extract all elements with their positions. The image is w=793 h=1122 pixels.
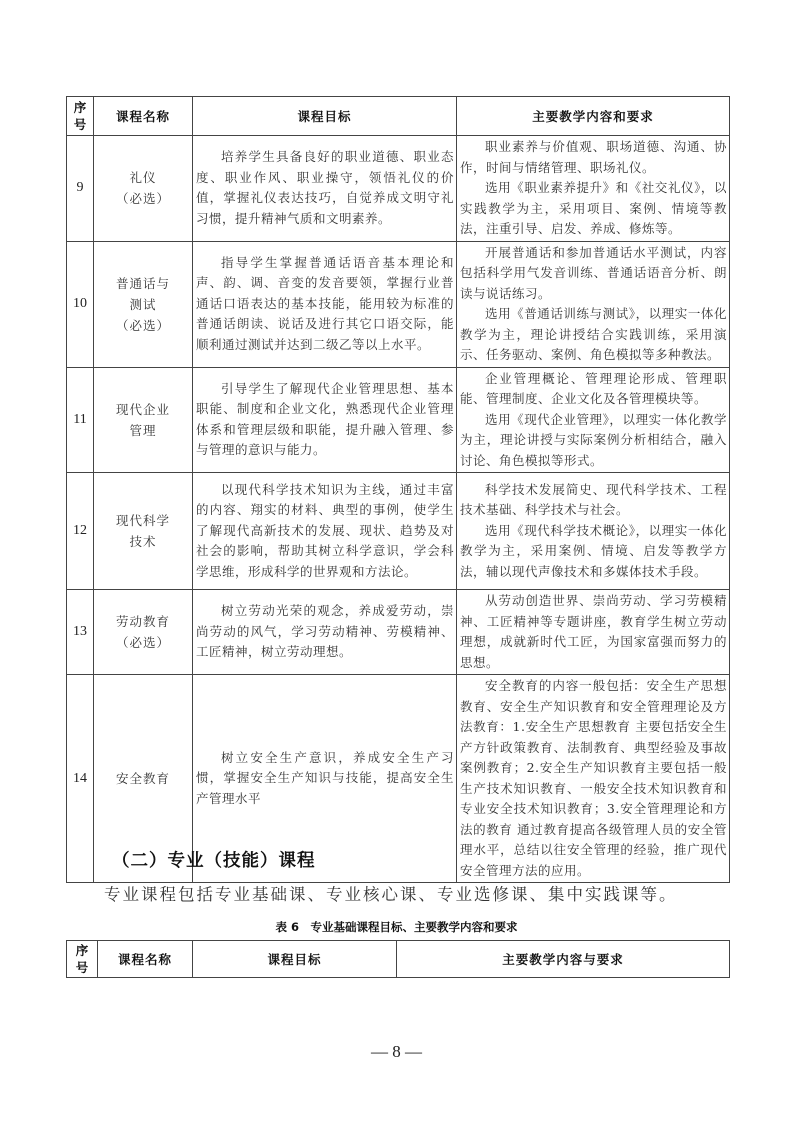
course-name-line: 技术 [94,531,192,552]
goal-paragraph: 以现代科学技术知识为主线，通过丰富的内容、翔实的材料、典型的事例，使学生了解现代… [196,480,454,583]
table-header-row: 序号 课程名称 课程目标 主要教学内容和要求 [67,97,730,136]
course-name: 普通话与测试（必选） [94,241,193,367]
goal-paragraph: 树立劳动光荣的观念，养成爱劳动，崇尚劳动的风气，学习劳动精神、劳模精神、工匠精神… [196,601,454,663]
section-paragraph: 专业课程包括专业基础课、专业核心课、专业选修课、集中实践课等。 [104,881,678,905]
course-goal: 培养学生具备良好的职业道德、职业态度、职业作风、职业操守，领悟礼仪的价值，掌握礼… [193,136,457,242]
content-paragraph: 选用《职业素养提升》和《社交礼仪》，以实践教学为主，采用项目、案例、情境等教法，… [460,178,727,240]
header-course-name: 课程名称 [98,941,193,978]
row-number: 10 [67,241,94,367]
content-paragraph: 安全教育的内容一般包括：安全生产思想教育、安全生产知识教育和安全管理理论及方法教… [460,676,727,881]
section-heading: （二）专业（技能）课程 [112,847,316,872]
row-number: 9 [67,136,94,242]
teaching-content: 职业素养与价值观、职场道德、沟通、协作，时间与情绪管理、职场礼仪。选用《职业素养… [457,136,730,242]
course-name: 礼仪（必选） [94,136,193,242]
content-paragraph: 开展普通话和参加普通话水平测试，内容包括科学用气发音训练、普通话语音分析、朗读与… [460,243,727,305]
course-goal: 引导学生了解现代企业管理思想、基本职能、制度和企业文化，熟悉现代企业管理体系和管… [193,367,457,473]
row-number: 13 [67,590,94,675]
page-number: — 8 — [0,1042,793,1062]
course-name-line: （必选） [94,188,192,209]
course-name-line: 礼仪 [94,167,192,188]
course-name-line: （必选） [94,315,192,336]
teaching-content: 安全教育的内容一般包括：安全生产思想教育、安全生产知识教育和安全管理理论及方法教… [457,675,730,883]
table6-caption: 表 6 专业基础课程目标、主要教学内容和要求 [0,919,793,935]
course-name: 现代企业管理 [94,367,193,473]
course-goal: 以现代科学技术知识为主线，通过丰富的内容、翔实的材料、典型的事例，使学生了解现代… [193,473,457,590]
table-row: 12现代科学技术以现代科学技术知识为主线，通过丰富的内容、翔实的材料、典型的事例… [67,473,730,590]
course-name-line: 现代科学 [94,510,192,531]
course-name: 劳动教育（必选） [94,590,193,675]
table-row: 9礼仪（必选）培养学生具备良好的职业道德、职业态度、职业作风、职业操守，领悟礼仪… [67,136,730,242]
course-goal: 指导学生掌握普通话语音基本理论和声、韵、调、音变的发音要领，掌握行业普通话口语表… [193,241,457,367]
content-paragraph: 从劳动创造世界、崇尚劳动、学习劳模精神、工匠精神等专题讲座，教育学生树立劳动理想… [460,591,727,673]
course-name-line: 普通话与 [94,273,192,294]
goal-paragraph: 指导学生掌握普通话语音基本理论和声、韵、调、音变的发音要领，掌握行业普通话口语表… [196,253,454,356]
course-name-line: （必选） [94,632,192,653]
content-paragraph: 职业素养与价值观、职场道德、沟通、协作，时间与情绪管理、职场礼仪。 [460,137,727,178]
course-name-line: 管理 [94,420,192,441]
table6-professional-basic-courses: 序号 课程名称 课程目标 主要教学内容与要求 [66,940,730,978]
content-paragraph: 科学技术发展简史、现代科学技术、工程技术基础、科学技术与社会。 [460,480,727,521]
header-teaching-content: 主要教学内容与要求 [397,941,730,978]
row-number: 12 [67,473,94,590]
row-number: 11 [67,367,94,473]
header-seq: 序号 [67,97,94,136]
course-table-continued: 序号 课程名称 课程目标 主要教学内容和要求 9礼仪（必选）培养学生具备良好的职… [66,96,730,883]
table-header-row: 序号 课程名称 课程目标 主要教学内容与要求 [67,941,730,978]
course-name: 现代科学技术 [94,473,193,590]
row-number: 14 [67,675,94,883]
header-teaching-content: 主要教学内容和要求 [457,97,730,136]
content-paragraph: 选用《现代企业管理》，以理实一体化教学为主，理论讲授与实际案例分析相结合，融入讨… [460,410,727,472]
header-course-goal: 课程目标 [193,941,397,978]
goal-paragraph: 引导学生了解现代企业管理思想、基本职能、制度和企业文化，熟悉现代企业管理体系和管… [196,379,454,461]
course-name-line: 安全教育 [94,768,192,789]
teaching-content: 科学技术发展简史、现代科学技术、工程技术基础、科学技术与社会。选用《现代科学技术… [457,473,730,590]
goal-paragraph: 培养学生具备良好的职业道德、职业态度、职业作风、职业操守，领悟礼仪的价值，掌握礼… [196,147,454,229]
course-name-line: 现代企业 [94,399,192,420]
table-row: 13劳动教育（必选）树立劳动光荣的观念，养成爱劳动，崇尚劳动的风气，学习劳动精神… [67,590,730,675]
teaching-content: 开展普通话和参加普通话水平测试，内容包括科学用气发音训练、普通话语音分析、朗读与… [457,241,730,367]
content-paragraph: 选用《现代科学技术概论》，以理实一体化教学为主，采用案例、情境、启发等教学方法，… [460,521,727,583]
course-name-line: 劳动教育 [94,611,192,632]
header-seq: 序号 [67,941,98,978]
teaching-content: 企业管理概论、管理理论形成、管理职能、管理制度、企业文化及各管理模块等。选用《现… [457,367,730,473]
header-course-name: 课程名称 [94,97,193,136]
table-row: 10普通话与测试（必选）指导学生掌握普通话语音基本理论和声、韵、调、音变的发音要… [67,241,730,367]
table-row: 11现代企业管理引导学生了解现代企业管理思想、基本职能、制度和企业文化，熟悉现代… [67,367,730,473]
teaching-content: 从劳动创造世界、崇尚劳动、学习劳模精神、工匠精神等专题讲座，教育学生树立劳动理想… [457,590,730,675]
goal-paragraph: 树立安全生产意识，养成安全生产习惯，掌握安全生产知识与技能，提高安全生产管理水平 [196,748,454,810]
course-name-line: 测试 [94,294,192,315]
content-paragraph: 企业管理概论、管理理论形成、管理职能、管理制度、企业文化及各管理模块等。 [460,369,727,410]
course-goal: 树立劳动光荣的观念，养成爱劳动，崇尚劳动的风气，学习劳动精神、劳模精神、工匠精神… [193,590,457,675]
header-course-goal: 课程目标 [193,97,457,136]
content-paragraph: 选用《普通话训练与测试》，以理实一体化教学为主，理论讲授结合实践训练，采用演示、… [460,304,727,366]
